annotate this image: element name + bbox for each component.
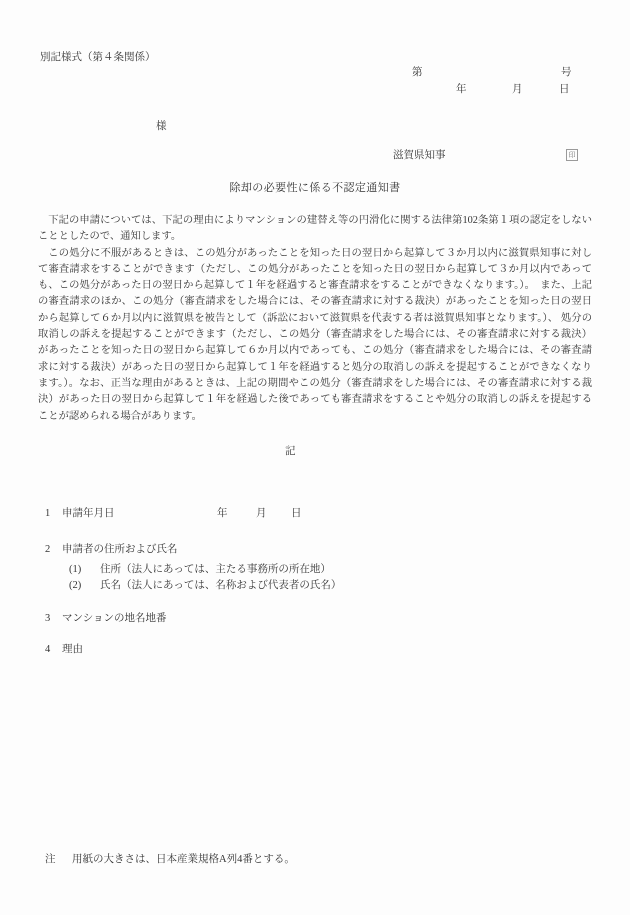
paragraph-notice: 下記の申請については、下記の理由によりマンションの建替え等の円滑化に関する法律第… (38, 213, 592, 246)
note-text: 用紙の大きさは、日本産業規格A列4番とする。 (72, 853, 295, 866)
date-month-label: 月 (512, 83, 523, 96)
document-page: 別記様式（第４条関係） 第 号 年 月 日 様 滋賀県知事 印 除却の必要性に係… (0, 0, 630, 915)
sub-item-number: (1) (69, 563, 81, 576)
doc-number-suffix: 号 (561, 66, 572, 79)
section-marker-ki: 記 (285, 445, 296, 458)
item-number: 3 (45, 612, 50, 625)
doc-number-prefix: 第 (412, 66, 423, 79)
paragraph-appeal-rights: この処分に不服があるときは、この処分があったことを知った日の翌日から起算して３か… (38, 246, 592, 425)
addressee-honorific: 様 (156, 120, 167, 133)
item-label: マンションの地名地番 (62, 612, 167, 625)
item-label: 申請年月日 (62, 507, 115, 520)
seal-mark-icon: 印 (566, 149, 578, 161)
item-number: 4 (45, 643, 50, 656)
body-text: 下記の申請については、下記の理由によりマンションの建替え等の円滑化に関する法律第… (38, 213, 592, 425)
sub-item-number: (2) (69, 579, 81, 592)
note-prefix: 注 (45, 853, 56, 866)
sender-name: 滋賀県知事 (393, 149, 446, 162)
item-date-month-label: 月 (256, 507, 267, 520)
date-year-label: 年 (456, 83, 467, 96)
form-style-label: 別記様式（第４条関係） (40, 51, 156, 64)
item-date-day-label: 日 (291, 507, 302, 520)
item-number: 1 (45, 507, 50, 520)
date-day-label: 日 (559, 83, 570, 96)
item-label: 理由 (62, 643, 83, 656)
item-label: 申請者の住所および氏名 (62, 543, 178, 556)
sub-item-label: 住所（法人にあっては、主たる事務所の所在地） (100, 563, 331, 576)
item-date-year-label: 年 (217, 507, 228, 520)
document-title: 除却の必要性に係る不認定通知書 (0, 181, 630, 195)
item-number: 2 (45, 543, 50, 556)
sub-item-label: 氏名（法人にあっては、名称および代表者の氏名） (100, 579, 341, 592)
